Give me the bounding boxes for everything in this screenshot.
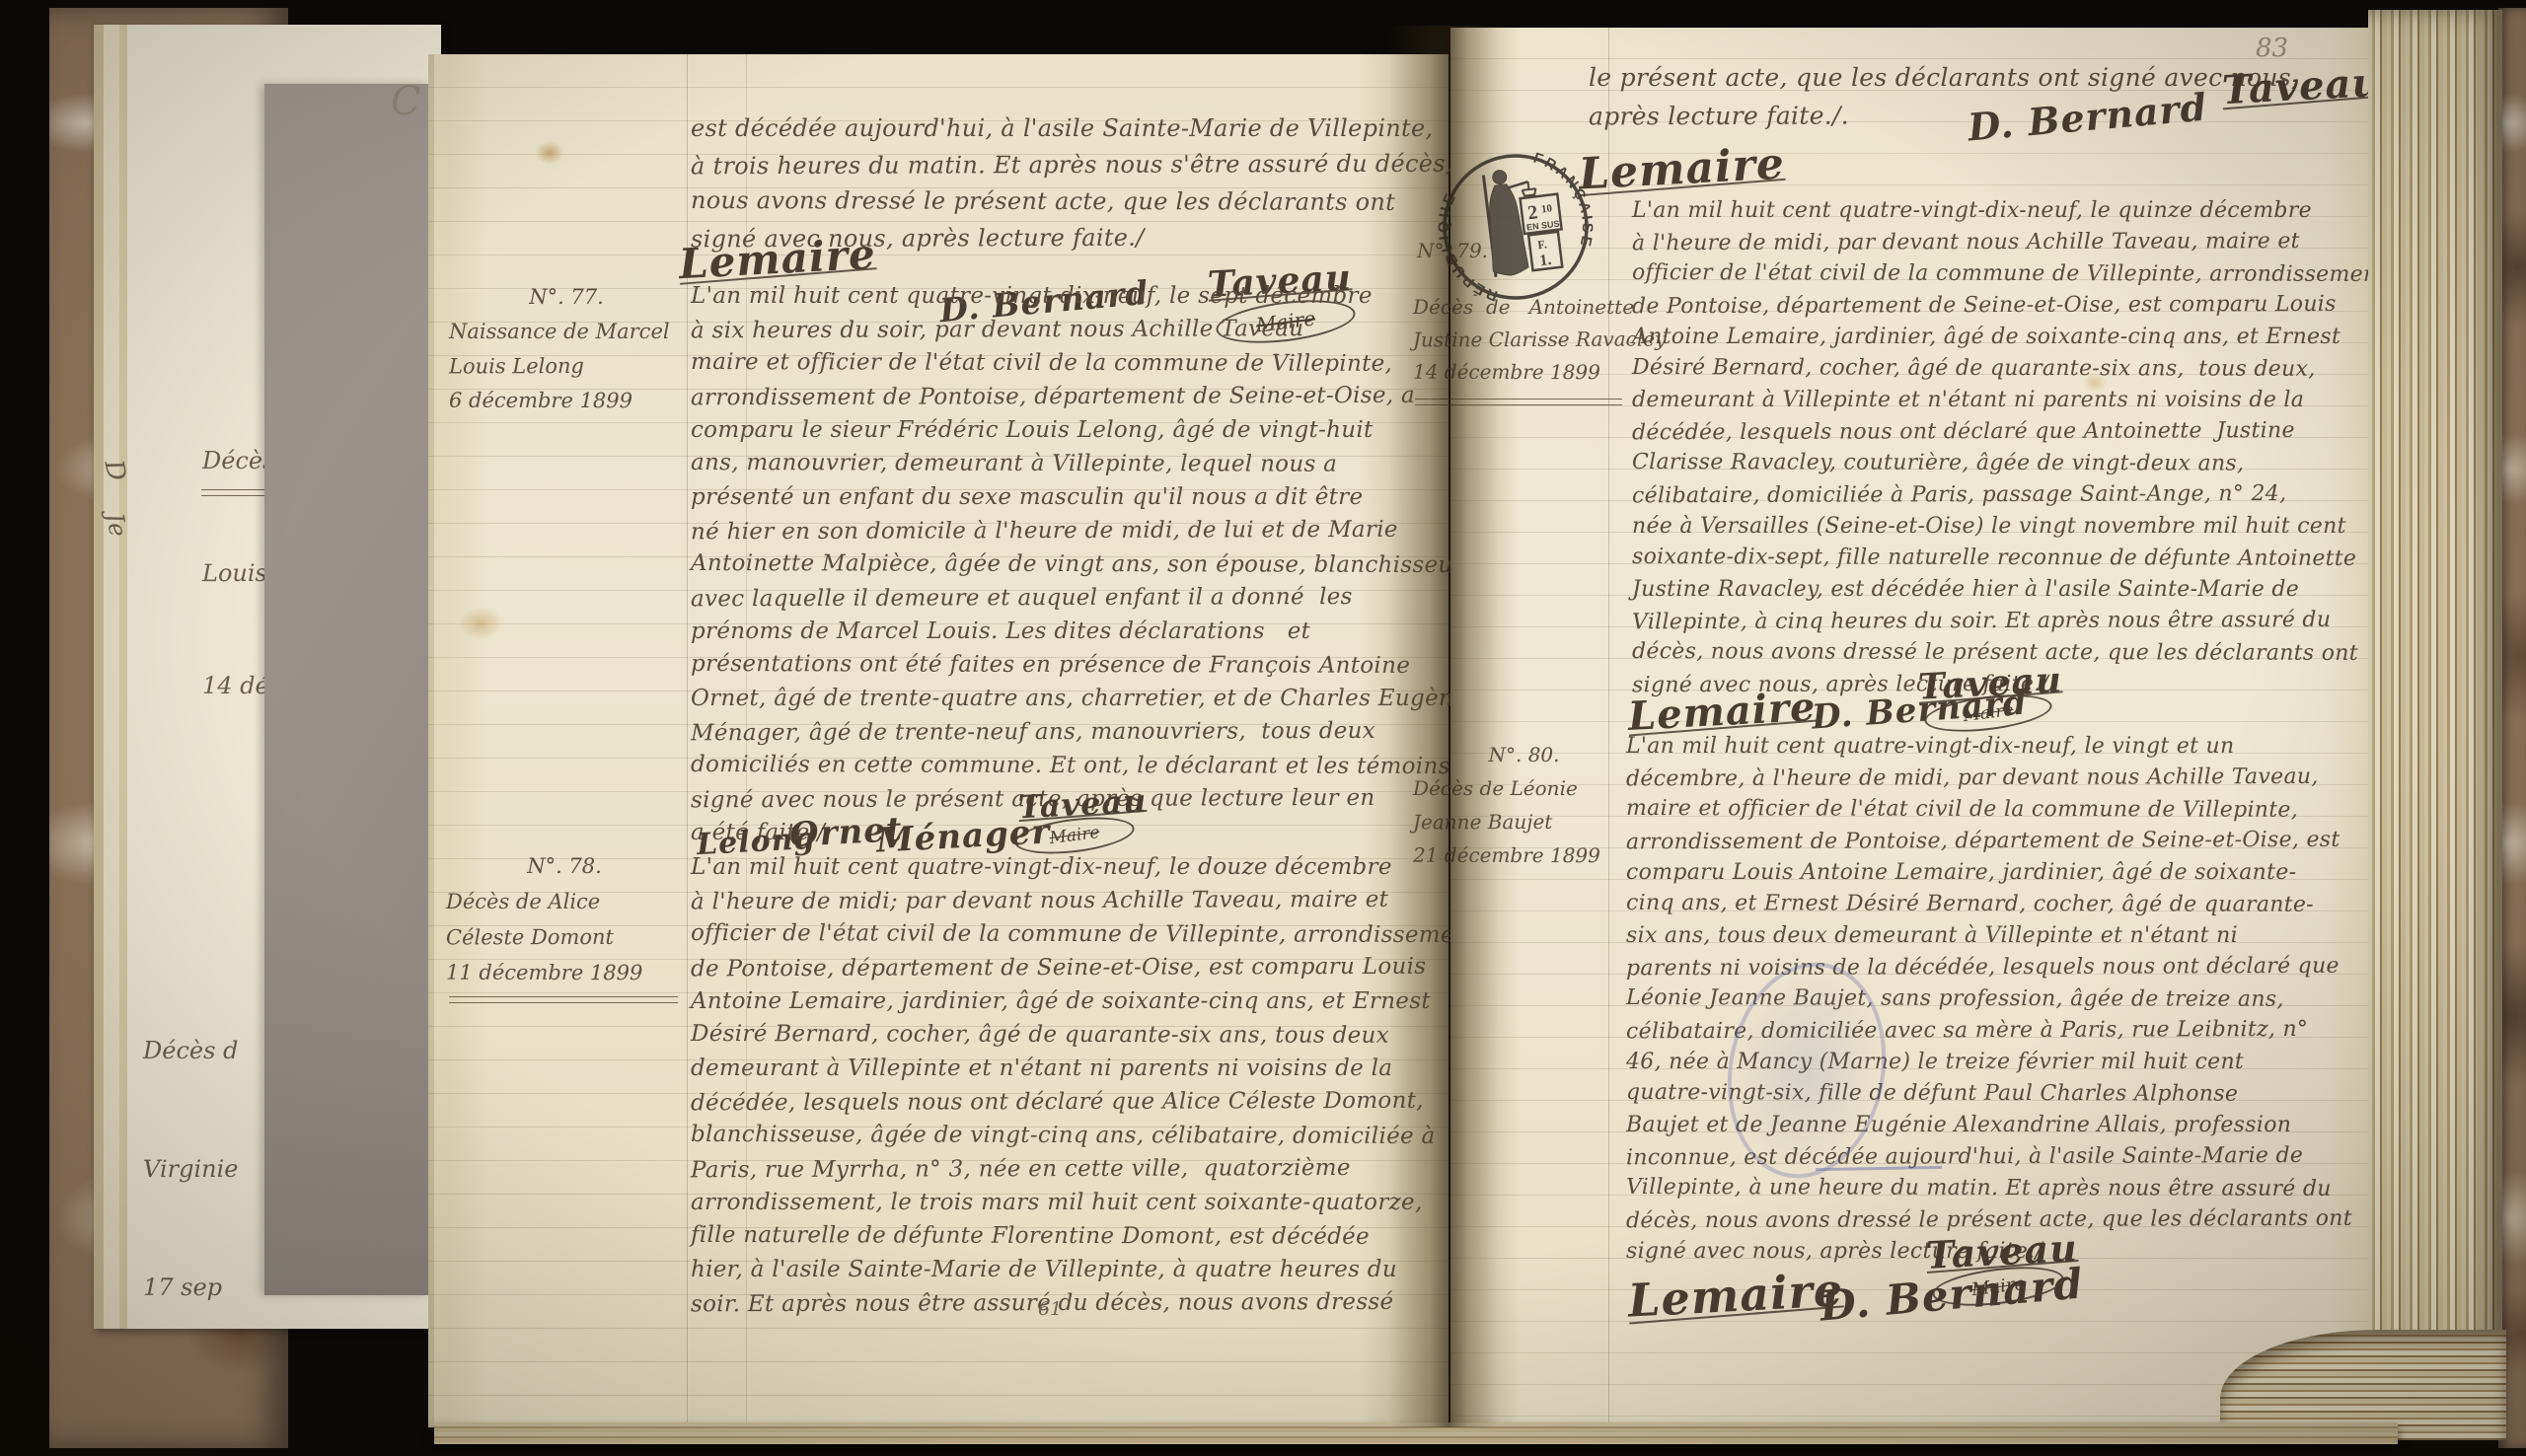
- manuscript-line: Clarisse Ravacley, couturière, âgée de v…: [1632, 447, 2396, 480]
- manuscript-line: décédée, lesquels nous ont déclaré que A…: [691, 1084, 1452, 1121]
- manuscript-line: Désiré Bernard, cocher, âgé de quarante-…: [1632, 352, 2396, 386]
- margin-annotation-80: N°. 80. Décès de LéonieJeanne Baujet21 d…: [1413, 738, 1635, 872]
- act-number: N°. 79.: [1413, 235, 1635, 267]
- manuscript-line: Villepinte, à cinq heures du soir. Et ap…: [1632, 605, 2396, 639]
- manuscript-line: officier de l'état civil de la commune d…: [691, 916, 1452, 952]
- margin-lines: Naissance de MarcelLouis Lelong6 décembr…: [449, 315, 684, 418]
- foxing-spot: [535, 141, 564, 165]
- manuscript-line: Ménager, âgé de trente-neuf ans, manouvr…: [691, 714, 1452, 751]
- manuscript-line: blanchisseuse, âgée de vingt-cinq ans, c…: [691, 1118, 1452, 1153]
- manuscript-line: six ans, tous deux demeurant à Villepint…: [1626, 920, 2396, 952]
- manuscript-line: est décédée aujourd'hui, à l'asile Saint…: [691, 110, 1450, 147]
- manuscript-line: L'an mil huit cent quatre-vingt-dix-neuf…: [691, 279, 1452, 313]
- manuscript-line: Paris, rue Myrrha, n° 3, née en cette vi…: [691, 1151, 1452, 1188]
- manuscript-line: à l'heure de midi; par devant nous Achil…: [691, 883, 1452, 919]
- manuscript-line: née à Versailles (Seine-et-Oise) le ving…: [1632, 511, 2396, 543]
- manuscript-line: domiciliés en cette commune. Et ont, le …: [691, 748, 1452, 783]
- margin-lines: Décès de AntoinetteJustine Clarisse Rava…: [1413, 291, 1635, 389]
- manuscript-line: 14 décembre 1899: [1413, 356, 1635, 390]
- manuscript-line: demeurant à Villepinte et n'étant ni par…: [1632, 385, 2396, 416]
- manuscript-line: présentations ont été faites en présence…: [691, 647, 1452, 683]
- margin-annotation-77: N°. 77. Naissance de MarcelLouis Lelong6…: [449, 280, 684, 418]
- manuscript-line: demeurant à Villepinte et n'étant ni par…: [691, 1052, 1452, 1085]
- manuscript-line: à l'heure de midi, par devant nous Achil…: [1632, 226, 2396, 260]
- manuscript-line: Justine Clarisse Ravacley: [1413, 324, 1635, 357]
- older-entry-fragment-lower: Décès d Virginie 17 sep: [143, 952, 238, 1386]
- book-spread-scan: Décès Louis 14 dé D Je Décès d Virginie …: [0, 0, 2526, 1456]
- manuscript-line: à six heures du soir, par devant nous Ac…: [691, 312, 1452, 348]
- margin-separator-rule: [449, 996, 678, 1003]
- margin-lines: Décès de LéonieJeanne Baujet21 décembre …: [1413, 771, 1635, 872]
- manuscript-line: de Pontoise, département de Seine-et-Ois…: [1632, 289, 2396, 324]
- act-number: N°. 77.: [449, 280, 684, 315]
- paraph-label: Maire: [1048, 823, 1100, 848]
- manuscript-line: Décès de Alice: [446, 884, 683, 919]
- manuscript-line: arrondissement de Pontoise, département …: [691, 379, 1452, 415]
- manuscript-line: inconnue, est décédée aujourd'hui, à l'a…: [1626, 1140, 2396, 1175]
- manuscript-line: Désiré Bernard, cocher, âgé de quarante-…: [691, 1017, 1452, 1053]
- paraph-label: Maire: [1970, 1273, 2026, 1299]
- manuscript-line: 11 décembre 1899: [446, 955, 683, 991]
- manuscript-line: soixante-dix-sept, fille naturelle recon…: [1632, 542, 2396, 575]
- manuscript-line: maire et officier de l'état civil de la …: [1626, 793, 2396, 827]
- manuscript-line: nous avons dressé le présent acte, que l…: [691, 182, 1450, 221]
- manuscript-line: L'an mil huit cent quatre-vingt-dix-neuf…: [691, 850, 1452, 884]
- manuscript-line: Antoinette Malpièce, âgée de vingt ans, …: [691, 546, 1452, 582]
- manuscript-line: soir. Et après nous être assuré du décès…: [691, 1285, 1452, 1322]
- act-77-text: L'an mil huit cent quatre-vingt-dix-neuf…: [691, 279, 1452, 849]
- manuscript-line: Céleste Domont: [446, 919, 683, 956]
- manuscript-line: L'an mil huit cent quatre-vingt-dix-neuf…: [1626, 731, 2396, 763]
- manuscript-line: cinq ans, et Ernest Désiré Bernard, coch…: [1626, 888, 2396, 921]
- foxing-spot: [458, 607, 503, 640]
- manuscript-line: fille naturelle de défunte Florentine Do…: [691, 1218, 1452, 1254]
- page-edge-stack-right: [2368, 10, 2502, 1430]
- manuscript-line: prénoms de Marcel Louis. Les dites décla…: [691, 615, 1452, 648]
- manuscript-line: Antoine Lemaire, jardinier, âgé de soixa…: [1632, 322, 2396, 353]
- page-edge-bottom: [434, 1422, 2398, 1444]
- manuscript-line: arrondissement, le trois mars mil huit c…: [691, 1186, 1452, 1219]
- signature-taveau: Taveau: [2221, 59, 2383, 115]
- inserted-gray-card: [264, 84, 429, 1295]
- margin-lines: Décès de AliceCéleste Domont11 décembre …: [446, 884, 683, 990]
- manuscript-line: comparu Louis Antoine Lemaire, jardinier…: [1626, 857, 2396, 889]
- manuscript-line: né hier en son domicile à l'heure de mid…: [691, 513, 1452, 549]
- manuscript-line: Ornet, âgé de trente-quatre ans, charret…: [691, 682, 1452, 715]
- manuscript-line: parents ni voisins de la décédée, lesque…: [1626, 951, 2396, 985]
- manuscript-line: décédée, lesquels nous ont déclaré que A…: [1632, 415, 2396, 450]
- stamp-value-10: 10: [1540, 202, 1553, 215]
- margin-separator-rule: [201, 489, 270, 496]
- manuscript-line: à trois heures du matin. Et après nous s…: [691, 146, 1450, 185]
- manuscript-line: arrondissement de Pontoise, département …: [1626, 825, 2396, 859]
- manuscript-line: célibataire, domiciliée à Paris, passage…: [1632, 478, 2396, 513]
- act-number: N°. 80.: [1413, 738, 1635, 771]
- manuscript-fragment: Décès d: [143, 1031, 238, 1070]
- manuscript-line: Villepinte, à une heure du matin. Et apr…: [1626, 1172, 2396, 1205]
- manuscript-line: décembre, à l'heure de midi, par devant …: [1626, 762, 2396, 796]
- manuscript-line: de Pontoise, département de Seine-et-Ois…: [691, 950, 1452, 986]
- manuscript-line: avec laquelle il demeure et auquel enfan…: [691, 580, 1452, 617]
- pencil-mark: C: [391, 79, 421, 124]
- act-80-text: L'an mil huit cent quatre-vingt-dix-neuf…: [1626, 731, 2396, 1268]
- manuscript-line: 6 décembre 1899: [449, 384, 684, 419]
- margin-separator-rule: [1415, 399, 1622, 405]
- manuscript-line: présenté un enfant du sexe masculin qu'i…: [691, 480, 1452, 514]
- margin-annotation-78: N°. 78. Décès de AliceCéleste Domont11 d…: [446, 848, 683, 990]
- manuscript-fragment: Je: [101, 511, 132, 539]
- manuscript-line: Jeanne Baujet: [1413, 805, 1635, 839]
- manuscript-line: hier, à l'asile Sainte-Marie de Villepin…: [691, 1253, 1452, 1286]
- manuscript-line: officier de l'état civil de la commune d…: [1632, 257, 2396, 291]
- page-number-left: 61: [1038, 1298, 1062, 1320]
- manuscript-line: ans, manouvrier, demeurant à Villepinte,…: [691, 446, 1452, 481]
- signature-lemaire: Lemaire: [1578, 139, 1786, 202]
- manuscript-line: comparu le sieur Frédéric Louis Lelong, …: [691, 413, 1452, 447]
- margin-annotation-79: N°. 79. Décès de AntoinetteJustine Clari…: [1413, 235, 1635, 389]
- signature-lemaire: Lemaire: [1627, 1263, 1845, 1329]
- manuscript-line: Justine Ravacley, est décédée hier à l'a…: [1632, 574, 2396, 606]
- manuscript-line: Décès de Léonie: [1413, 771, 1635, 805]
- manuscript-line: Léonie Jeanne Baujet, sans profession, â…: [1626, 983, 2396, 1016]
- paraph-label: Maire: [1962, 700, 2014, 726]
- manuscript-line: Louis Lelong: [449, 349, 684, 385]
- manuscript-line: Antoine Lemaire, jardinier, âgé de soixa…: [691, 984, 1452, 1018]
- manuscript-fragment: 17 sep: [143, 1268, 239, 1307]
- act-78-text: L'an mil huit cent quatre-vingt-dix-neuf…: [691, 850, 1452, 1320]
- manuscript-line: 21 décembre 1899: [1413, 838, 1635, 873]
- act-number: N°. 78.: [446, 848, 683, 884]
- manuscript-line: L'an mil huit cent quatre-vingt-dix-neuf…: [1632, 195, 2396, 227]
- manuscript-fragment: Virginie: [143, 1149, 239, 1189]
- manuscript-line: Naissance de Marcel: [449, 315, 684, 349]
- manuscript-line: maire et officier de l'état civil de la …: [691, 345, 1452, 381]
- marbled-cover-right: [2498, 8, 2526, 1448]
- manuscript-line: Décès de Antoinette: [1413, 291, 1635, 324]
- act-79-text: L'an mil huit cent quatre-vingt-dix-neuf…: [1632, 195, 2396, 700]
